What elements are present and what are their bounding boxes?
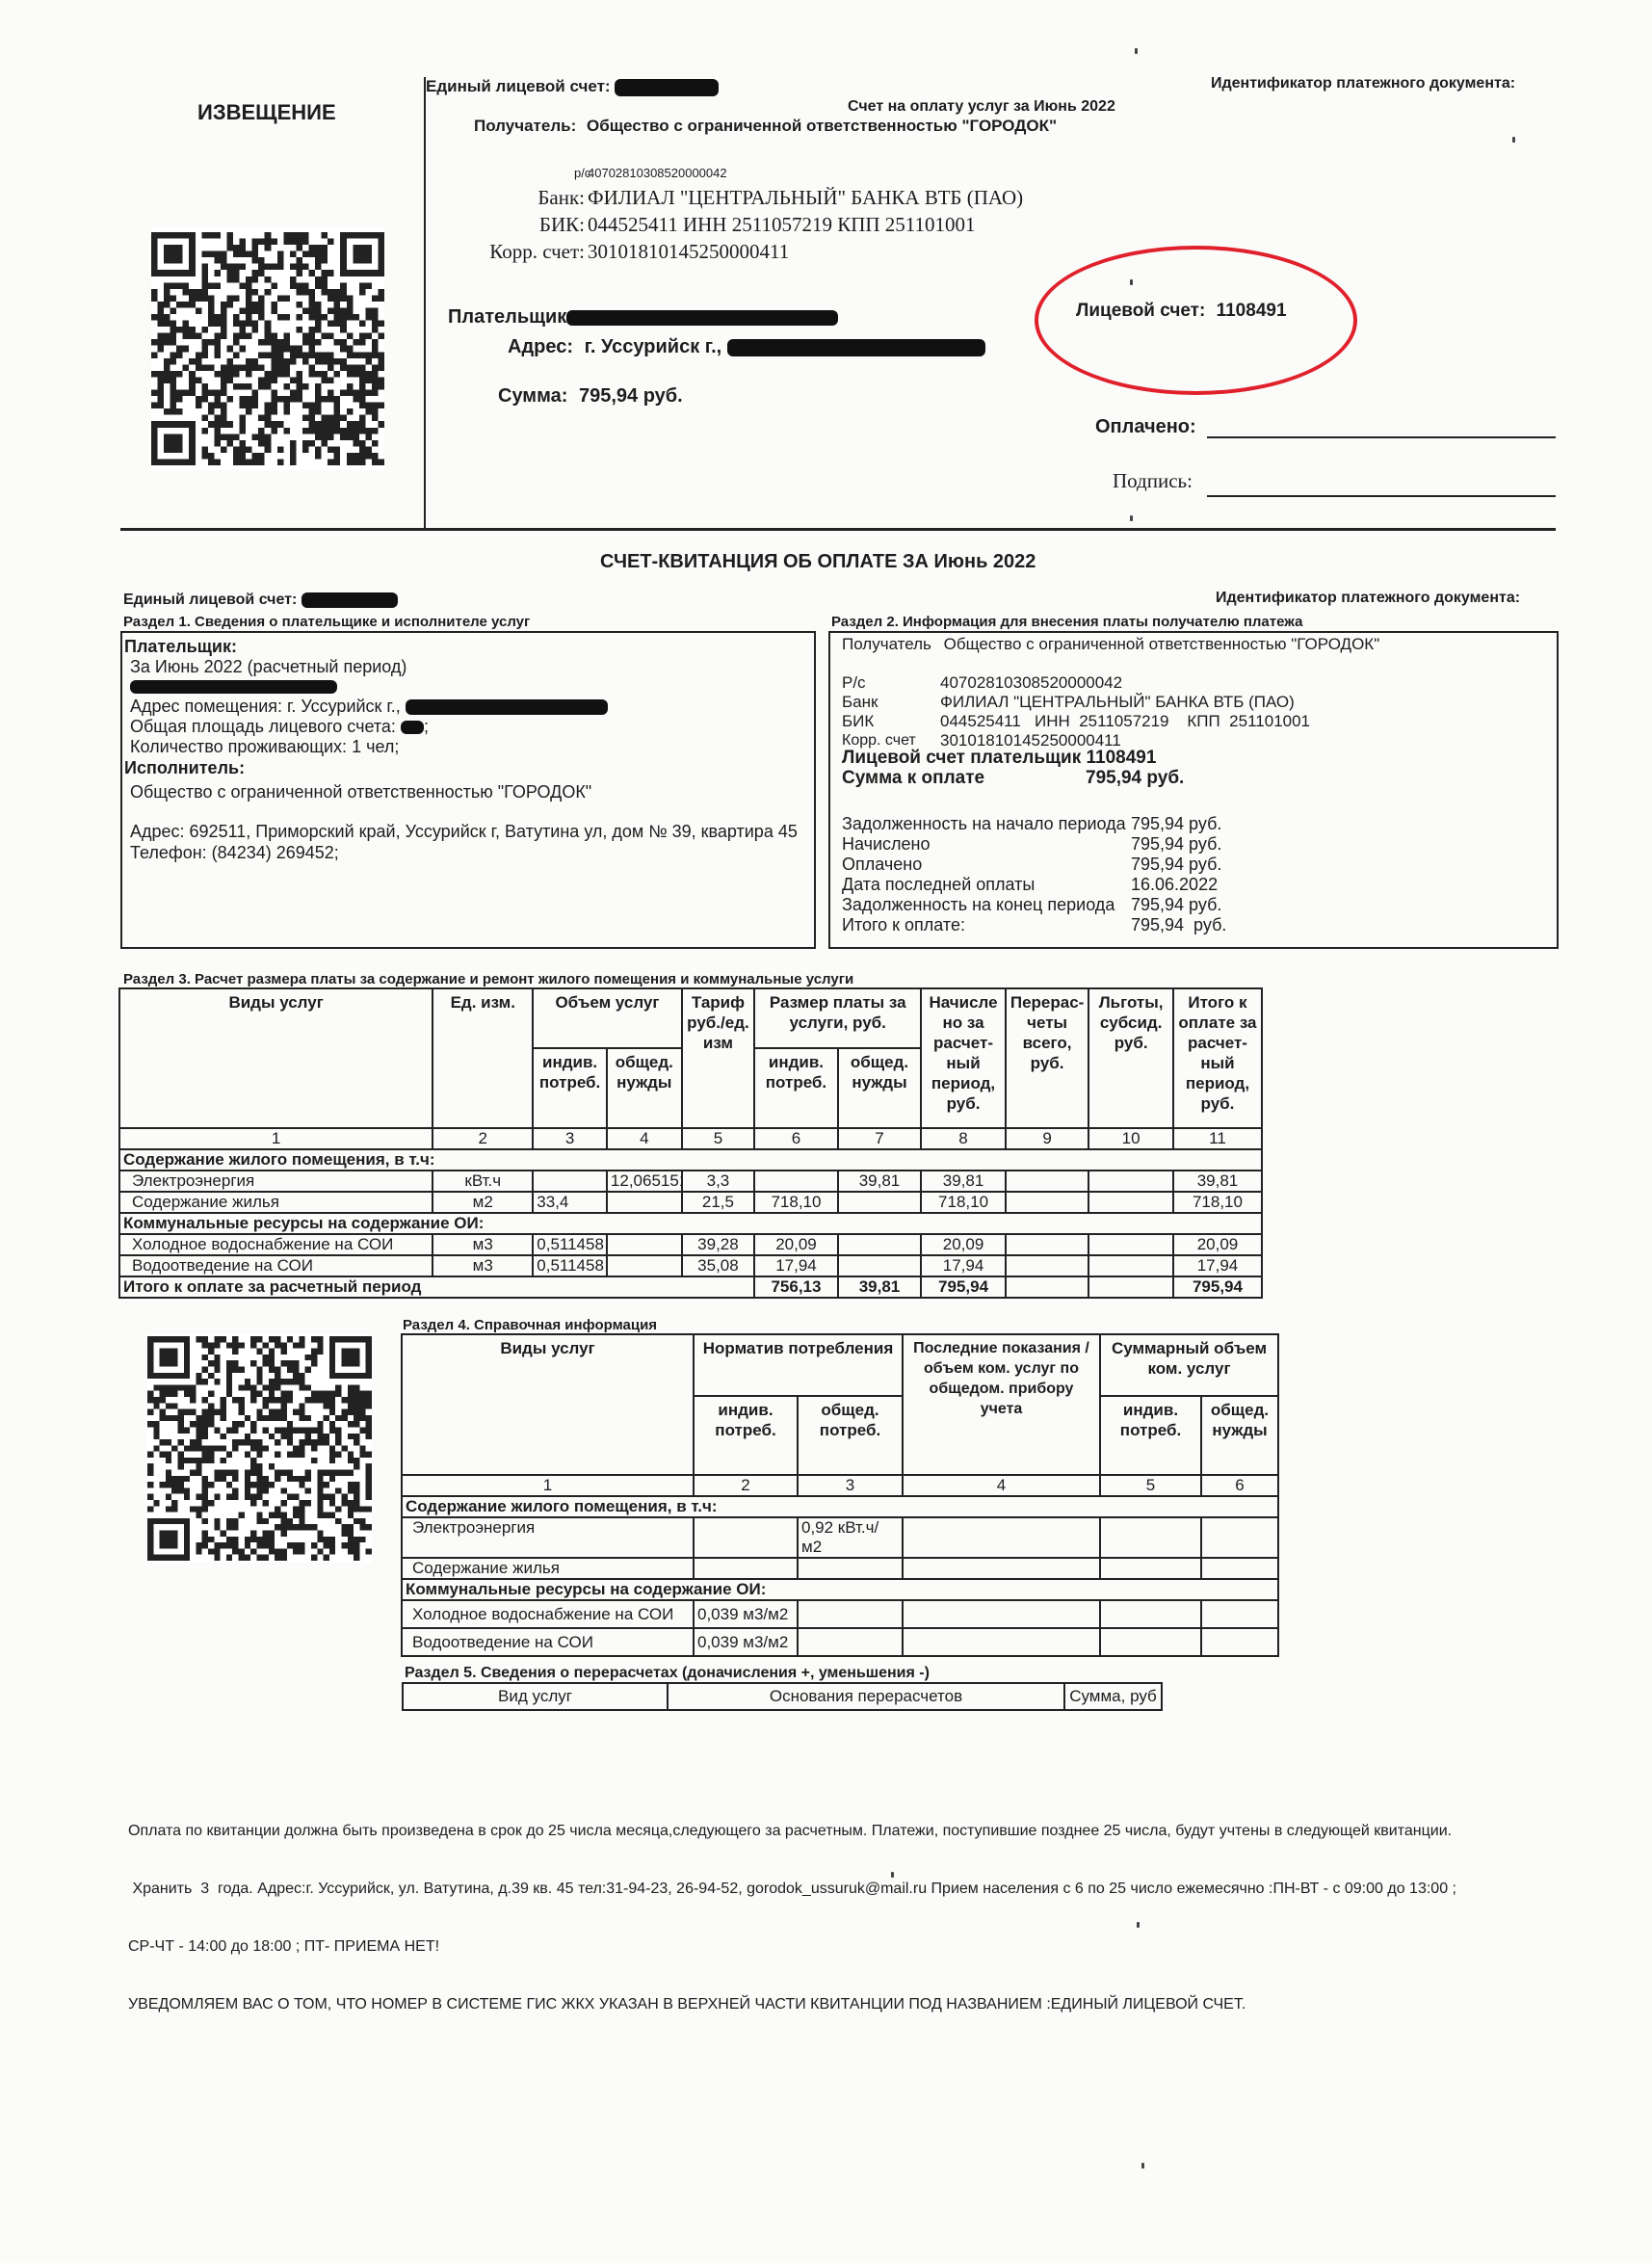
section1-box: Плательщик: За Июнь 2022 (расчетный пери… xyxy=(120,631,816,949)
qr-code-icon xyxy=(147,1334,372,1563)
footer-line: Хранить 3 года. Адрес:г. Уссурийск, ул. … xyxy=(128,1880,1456,1899)
table-group-row: Коммунальные ресурсы на содержание ОИ: xyxy=(402,1579,1278,1600)
s4-cell-service: Холодное водоснабжение на СОИ xyxy=(402,1600,694,1628)
section3-table: Виды услуг Ед. изм. Объем услуг Тариф ру… xyxy=(118,987,1263,1299)
group-title: Содержание жилого помещения, в т.ч: xyxy=(402,1496,1278,1517)
s4-cell-norm_common xyxy=(798,1628,903,1656)
s4-cell-norm_common: 0,92 кВт.ч/м2 xyxy=(798,1517,903,1558)
s5-h-basis: Основания перерасчетов xyxy=(668,1683,1064,1710)
s2-recipient-value: Общество с ограниченной ответственностью… xyxy=(944,635,1380,653)
s3-cell-tariff: 21,5 xyxy=(682,1192,755,1213)
s2-sum-label: Сумма к оплате xyxy=(842,768,984,788)
s3-h-service: Виды услуг xyxy=(119,988,433,1128)
scan-speck xyxy=(1130,515,1133,521)
s4-cell-service: Содержание жилья xyxy=(402,1558,694,1579)
scan-speck xyxy=(1141,2163,1144,2169)
redaction-mark xyxy=(615,79,719,96)
sum-line: Сумма: 795,94 руб. xyxy=(498,385,683,408)
s3-h-tariff: Тариф руб./ед. изм xyxy=(682,988,755,1128)
s3-h-volume: Объем услуг xyxy=(533,988,681,1048)
s5-h-sum: Сумма, руб xyxy=(1064,1683,1162,1710)
column-number: 3 xyxy=(798,1475,903,1496)
totals-row: Итого к оплате за расчетный период756,13… xyxy=(119,1276,1262,1298)
s3-cell-fee_ind xyxy=(754,1171,838,1192)
column-number: 11 xyxy=(1173,1128,1262,1149)
s3-cell-accrued: 718,10 xyxy=(921,1192,1006,1213)
qr-code-icon xyxy=(151,227,384,470)
table-group-row: Содержание жилого помещения, в т.ч: xyxy=(119,1149,1262,1171)
s4-cell-readings xyxy=(903,1600,1100,1628)
s3-cell-unit: м3 xyxy=(433,1234,533,1255)
column-number: 6 xyxy=(754,1128,838,1149)
section5-title: Раздел 5. Сведения о перерасчетах (донач… xyxy=(405,1665,930,1682)
unified-account-label: Единый лицевой счет: xyxy=(426,77,611,95)
totals-label: Итого к оплате за расчетный период xyxy=(119,1276,754,1298)
scan-speck xyxy=(1135,48,1138,54)
s3-cell-benefits xyxy=(1088,1255,1173,1276)
totals-fee_common: 39,81 xyxy=(838,1276,922,1298)
address-line: Адрес: г. Уссурийск г., xyxy=(508,336,985,358)
personal-account-label: Лицевой счет: xyxy=(1076,301,1205,321)
column-number: 1 xyxy=(119,1128,433,1149)
s2-rs-label: Р/с xyxy=(842,672,866,693)
s3-h-recalc: Перерас-четы всего, руб. xyxy=(1006,988,1089,1128)
unified-account-line: Единый лицевой счет: xyxy=(426,77,719,96)
table-row: Электроэнергия0,92 кВт.ч/м2 xyxy=(402,1517,1278,1558)
s2-summary-value: 795,94 руб. xyxy=(1131,855,1221,874)
payer-heading: Плательщик: xyxy=(124,637,237,657)
s3-cell-total: 20,09 xyxy=(1173,1234,1262,1255)
s4-cell-vol_common xyxy=(1201,1558,1278,1579)
s4-cell-vol_common xyxy=(1201,1600,1278,1628)
payer-label: Плательщик xyxy=(448,306,566,328)
s4-cell-vol_ind xyxy=(1100,1600,1201,1628)
redaction-mark xyxy=(130,680,337,694)
s3-cell-recalc xyxy=(1006,1171,1089,1192)
column-number: 4 xyxy=(903,1475,1100,1496)
footer-notes: Оплата по квитанции должна быть произвед… xyxy=(128,1783,1456,2034)
bik-label: БИК: xyxy=(520,213,585,237)
corr-value: 30101810145250000411 xyxy=(588,240,789,264)
s3-cell-benefits xyxy=(1088,1192,1173,1213)
notice-recipient: Получатель: Общество с ограниченной отве… xyxy=(474,117,1057,136)
s3-cell-unit: м3 xyxy=(433,1255,533,1276)
s3-cell-vol_common xyxy=(607,1192,682,1213)
redaction-mark xyxy=(406,699,608,715)
signature-field[interactable] xyxy=(1207,495,1556,497)
s4-h-norm: Норматив потребления xyxy=(694,1334,903,1396)
s3-cell-vol_ind xyxy=(533,1171,607,1192)
s3-cell-fee_common: 39,81 xyxy=(838,1171,922,1192)
s2-summary-value: 16.06.2022 xyxy=(1131,875,1218,894)
totals-fee_ind: 756,13 xyxy=(754,1276,838,1298)
s3-cell-recalc xyxy=(1006,1255,1089,1276)
s2-summary-label: Задолженность на конец периода xyxy=(842,895,1131,915)
s4-cell-readings xyxy=(903,1558,1100,1579)
group-title: Коммунальные ресурсы на содержание ОИ: xyxy=(119,1213,1262,1234)
s2-bik-value: 044525411 ИНН 2511057219 КПП 251101001 xyxy=(940,711,1310,731)
s3-cell-accrued: 39,81 xyxy=(921,1171,1006,1192)
s3-cell-benefits xyxy=(1088,1171,1173,1192)
s2-summary-value: 795,94 руб. xyxy=(1131,814,1221,833)
s3-cell-fee_ind: 17,94 xyxy=(754,1255,838,1276)
s4-h-volume-common: общед. нужды xyxy=(1201,1396,1278,1475)
section3-title: Раздел 3. Расчет размера платы за содерж… xyxy=(123,971,853,987)
scan-speck xyxy=(891,1872,894,1878)
s3-cell-tariff: 39,28 xyxy=(682,1234,755,1255)
table-row: Водоотведение на СОИм30,51145835,0817,94… xyxy=(119,1255,1262,1276)
s3-h-total: Итого к оплате за расчет-ный период, руб… xyxy=(1173,988,1262,1128)
s4-cell-norm_ind: 0,039 м3/м2 xyxy=(694,1600,798,1628)
s2-summary-row: Задолженность на начало периода795,94 ру… xyxy=(842,814,1221,834)
s2-summary-row: Задолженность на конец периода795,94 руб… xyxy=(842,895,1221,915)
executor-address: Адрес: 692511, Приморский край, Уссурийс… xyxy=(130,822,798,842)
total-area-label: Общая площадь лицевого счета: xyxy=(130,717,396,736)
totals-total: 795,94 xyxy=(1173,1276,1262,1298)
s3-cell-benefits xyxy=(1088,1234,1173,1255)
s4-column-numbers: 123456 xyxy=(402,1475,1278,1496)
s4-h-volume-ind: индив. потреб. xyxy=(1100,1396,1201,1475)
s3-h-accrued: Начисле но за расчет-ный период, руб. xyxy=(921,988,1006,1128)
s4-cell-norm_ind xyxy=(694,1517,798,1558)
s3-cell-service: Холодное водоснабжение на СОИ xyxy=(119,1234,433,1255)
column-number: 5 xyxy=(1100,1475,1201,1496)
notice-title: ИЗВЕЩЕНИЕ xyxy=(197,100,336,125)
recipient-label: Получатель: xyxy=(474,117,576,135)
table-row: Содержание жилья xyxy=(402,1558,1278,1579)
footer-line: УВЕДОМЛЯЕМ ВАС О ТОМ, ЧТО НОМЕР В СИСТЕМ… xyxy=(128,1995,1456,2014)
s3-cell-vol_ind: 0,511458 xyxy=(533,1234,607,1255)
s3-cell-accrued: 20,09 xyxy=(921,1234,1006,1255)
table-group-row: Коммунальные ресурсы на содержание ОИ: xyxy=(119,1213,1262,1234)
table-row: Холодное водоснабжение на СОИ0,039 м3/м2 xyxy=(402,1600,1278,1628)
table-row: Водоотведение на СОИ0,039 м3/м2 xyxy=(402,1628,1278,1656)
personal-account: Лицевой счет: 1108491 xyxy=(1076,301,1287,322)
s3-h-fee: Размер платы за услуги, руб. xyxy=(754,988,921,1048)
s2-summary-value: 795,94 руб. xyxy=(1131,895,1221,914)
s4-h-service: Виды услуг xyxy=(402,1334,694,1475)
s3-cell-vol_common xyxy=(607,1255,682,1276)
s3-h-unit: Ед. изм. xyxy=(433,988,533,1128)
s4-cell-norm_common xyxy=(798,1600,903,1628)
s3-cell-tariff: 3,3 xyxy=(682,1171,755,1192)
s3-cell-recalc xyxy=(1006,1192,1089,1213)
totals-recalc xyxy=(1006,1276,1089,1298)
section1-title: Раздел 1. Сведения о плательщике и испол… xyxy=(123,614,530,630)
column-number: 6 xyxy=(1201,1475,1278,1496)
s2-summary-label: Дата последней оплаты xyxy=(842,875,1131,895)
s3-h-fee-ind: индив. потреб. xyxy=(754,1048,838,1128)
s2-summary-label: Задолженность на начало периода xyxy=(842,814,1131,834)
bank-value: ФИЛИАЛ "ЦЕНТРАЛЬНЫЙ" БАНКА ВТБ (ПАО) xyxy=(588,186,1023,210)
payer-name xyxy=(130,676,337,697)
s3-h-fee-common: общед. нужды xyxy=(838,1048,922,1128)
receipt-title: СЧЕТ-КВИТАНЦИЯ ОБ ОПЛАТЕ ЗА Июнь 2022 xyxy=(600,551,1036,573)
column-number: 1 xyxy=(402,1475,694,1496)
s4-cell-norm_ind: 0,039 м3/м2 xyxy=(694,1628,798,1656)
s3-h-volume-common: общед. нужды xyxy=(607,1048,682,1128)
s2-summary-value: 795,94 руб. xyxy=(1131,834,1221,854)
sum-value: 795,94 руб. xyxy=(579,385,683,407)
s3-cell-fee_common xyxy=(838,1255,922,1276)
s2-summary-row: Оплачено795,94 руб. xyxy=(842,855,1221,875)
residents-count: Количество проживающих: 1 чел; xyxy=(130,737,399,757)
executor-name: Общество с ограниченной ответственностью… xyxy=(130,782,591,803)
s2-payer-account: Лицевой счет плательщик 1108491 xyxy=(842,748,1156,768)
s4-h-volume: Суммарный объем ком. услуг xyxy=(1100,1334,1278,1396)
s4-h-norm-common: общед. потреб. xyxy=(798,1396,903,1475)
s3-cell-total: 39,81 xyxy=(1173,1171,1262,1192)
s2-summary-row: Начислено795,94 руб. xyxy=(842,834,1221,855)
s3-cell-tariff: 35,08 xyxy=(682,1255,755,1276)
column-number: 2 xyxy=(433,1128,533,1149)
s2-bank-label: Банк xyxy=(842,692,878,712)
s3-cell-vol_ind: 33,4 xyxy=(533,1192,607,1213)
s3-cell-fee_common xyxy=(838,1192,922,1213)
section4-table: Виды услуг Норматив потребления Последни… xyxy=(401,1333,1279,1657)
s3-cell-vol_common xyxy=(607,1234,682,1255)
column-number: 10 xyxy=(1088,1128,1173,1149)
group-title: Коммунальные ресурсы на содержание ОИ: xyxy=(402,1579,1278,1600)
column-number: 9 xyxy=(1006,1128,1089,1149)
receipt-payment-doc-id: Идентификатор платежного документа: xyxy=(1216,590,1520,607)
scan-speck xyxy=(1512,137,1515,143)
notice-separator xyxy=(120,528,1556,531)
s3-cell-accrued: 17,94 xyxy=(921,1255,1006,1276)
section4-title: Раздел 4. Справочная информация xyxy=(403,1317,657,1333)
column-number: 8 xyxy=(921,1128,1006,1149)
sum-label: Сумма: xyxy=(498,385,567,407)
s4-cell-vol_ind xyxy=(1100,1558,1201,1579)
s3-h-benefits: Льготы, субсид. руб. xyxy=(1088,988,1173,1128)
s3-cell-total: 17,94 xyxy=(1173,1255,1262,1276)
s2-bik-label: БИК xyxy=(842,711,874,731)
premises-address: Адрес помещения: г. Уссурийск г., xyxy=(130,697,608,717)
executor-phone: Телефон: (84234) 269452; xyxy=(130,843,339,863)
s2-summary-label: Начислено xyxy=(842,834,1131,855)
s3-cell-fee_common xyxy=(838,1234,922,1255)
footer-line: СР-ЧТ - 14:00 до 18:00 ; ПТ- ПРИЕМА НЕТ! xyxy=(128,1937,1456,1957)
column-number: 7 xyxy=(838,1128,922,1149)
redaction-mark xyxy=(302,592,398,608)
s3-cell-fee_ind: 20,09 xyxy=(754,1234,838,1255)
payment-doc-id-label: Идентификатор платежного документа: xyxy=(1211,75,1515,92)
s3-cell-service: Электроэнергия xyxy=(119,1171,433,1192)
s3-column-numbers: 1234567891011 xyxy=(119,1128,1262,1149)
s2-summary-label: Итого к оплате: xyxy=(842,915,1131,935)
corr-label: Корр. счет: xyxy=(472,240,585,264)
s2-recipient-label: Получатель xyxy=(842,635,931,653)
table-group-row: Содержание жилого помещения, в т.ч: xyxy=(402,1496,1278,1517)
paid-field[interactable] xyxy=(1207,436,1556,438)
redaction-mark xyxy=(401,721,424,734)
paid-label: Оплачено: xyxy=(1095,416,1196,438)
s2-rs-value: 40702810308520000042 xyxy=(940,672,1122,693)
scan-speck xyxy=(1137,1922,1140,1928)
table-row: Содержание жильям233,421,5718,10718,1071… xyxy=(119,1192,1262,1213)
personal-account-value: 1108491 xyxy=(1217,301,1287,321)
s4-cell-vol_common xyxy=(1201,1517,1278,1558)
totals-benefits xyxy=(1088,1276,1173,1298)
executor-heading: Исполнитель: xyxy=(124,758,245,778)
s2-summary-label: Оплачено xyxy=(842,855,1131,875)
address-value: г. Уссурийск г., xyxy=(585,336,722,357)
s4-cell-vol_ind xyxy=(1100,1517,1201,1558)
bik-value: 044525411 ИНН 2511057219 КПП 251101001 xyxy=(588,213,976,237)
s3-cell-fee_ind: 718,10 xyxy=(754,1192,838,1213)
s4-cell-readings xyxy=(903,1628,1100,1656)
s4-cell-vol_common xyxy=(1201,1628,1278,1656)
s4-cell-service: Водоотведение на СОИ xyxy=(402,1628,694,1656)
s3-cell-unit: кВт.ч xyxy=(433,1171,533,1192)
s3-cell-service: Водоотведение на СОИ xyxy=(119,1255,433,1276)
s4-cell-norm_common xyxy=(798,1558,903,1579)
s3-cell-vol_ind: 0,511458 xyxy=(533,1255,607,1276)
column-number: 2 xyxy=(694,1475,798,1496)
unified-account-label: Единый лицевой счет: xyxy=(123,592,297,608)
invoice-title: Счет на оплату услуг за Июнь 2022 xyxy=(848,98,1115,116)
bank-label: Банк: xyxy=(532,186,585,210)
column-number: 5 xyxy=(682,1128,755,1149)
billing-period: За Июнь 2022 (расчетный период) xyxy=(130,657,406,677)
section5-table: Вид услуг Основания перерасчетов Сумма, … xyxy=(402,1682,1163,1711)
total-area: Общая площадь лицевого счета: ; xyxy=(130,717,429,737)
s4-h-norm-ind: индив. потреб. xyxy=(694,1396,798,1475)
redaction-mark xyxy=(566,310,838,326)
section2-box: Получатель Общество с ограниченной ответ… xyxy=(828,631,1559,949)
s3-cell-total: 718,10 xyxy=(1173,1192,1262,1213)
group-title: Содержание жилого помещения, в т.ч: xyxy=(119,1149,1262,1171)
scan-speck xyxy=(1130,279,1133,285)
s3-cell-recalc xyxy=(1006,1234,1089,1255)
s4-cell-readings xyxy=(903,1517,1100,1558)
premises-address-label: Адрес помещения: г. Уссурийск г., xyxy=(130,697,401,716)
s4-cell-service: Электроэнергия xyxy=(402,1517,694,1558)
s2-sum-value: 795,94 руб. xyxy=(1086,768,1184,788)
footer-line: Оплата по квитанции должна быть произвед… xyxy=(128,1822,1456,1841)
address-label: Адрес: xyxy=(508,336,573,357)
column-number: 3 xyxy=(533,1128,607,1149)
s5-h-service: Вид услуг xyxy=(403,1683,668,1710)
rs-value: 40702810308520000042 xyxy=(588,166,727,180)
receipt-unified-account: Единый лицевой счет: xyxy=(123,592,398,609)
table-row: Холодное водоснабжение на СОИм30,5114583… xyxy=(119,1234,1262,1255)
s2-summary-value: 795,94 руб. xyxy=(1131,915,1226,934)
table-row: ЭлектроэнергиякВт.ч12,0651513,339,8139,8… xyxy=(119,1171,1262,1192)
s4-cell-vol_ind xyxy=(1100,1628,1201,1656)
s4-h-readings: Последние показания / объем ком. услуг п… xyxy=(903,1334,1100,1475)
s2-recipient: Получатель Общество с ограниченной ответ… xyxy=(842,634,1379,654)
section2-title: Раздел 2. Информация для внесения платы … xyxy=(831,614,1302,630)
notice-divider xyxy=(424,77,426,528)
s3-cell-unit: м2 xyxy=(433,1192,533,1213)
s2-bank-value: ФИЛИАЛ "ЦЕНТРАЛЬНЫЙ" БАНКА ВТБ (ПАО) xyxy=(940,692,1295,712)
column-number: 4 xyxy=(607,1128,682,1149)
s2-summary-row: Итого к оплате:795,94 руб. xyxy=(842,915,1226,935)
s3-cell-service: Содержание жилья xyxy=(119,1192,433,1213)
totals-accrued: 795,94 xyxy=(921,1276,1006,1298)
redaction-mark xyxy=(727,339,985,356)
s3-cell-vol_common: 12,065151 xyxy=(607,1171,682,1192)
s3-h-volume-ind: индив. потреб. xyxy=(533,1048,607,1128)
signature-label: Подпись: xyxy=(1113,469,1193,493)
s2-summary-row: Дата последней оплаты16.06.2022 xyxy=(842,875,1218,895)
s4-cell-norm_ind xyxy=(694,1558,798,1579)
payer-line: Плательщик xyxy=(448,306,838,329)
recipient-value: Общество с ограниченной ответственностью… xyxy=(587,117,1057,135)
